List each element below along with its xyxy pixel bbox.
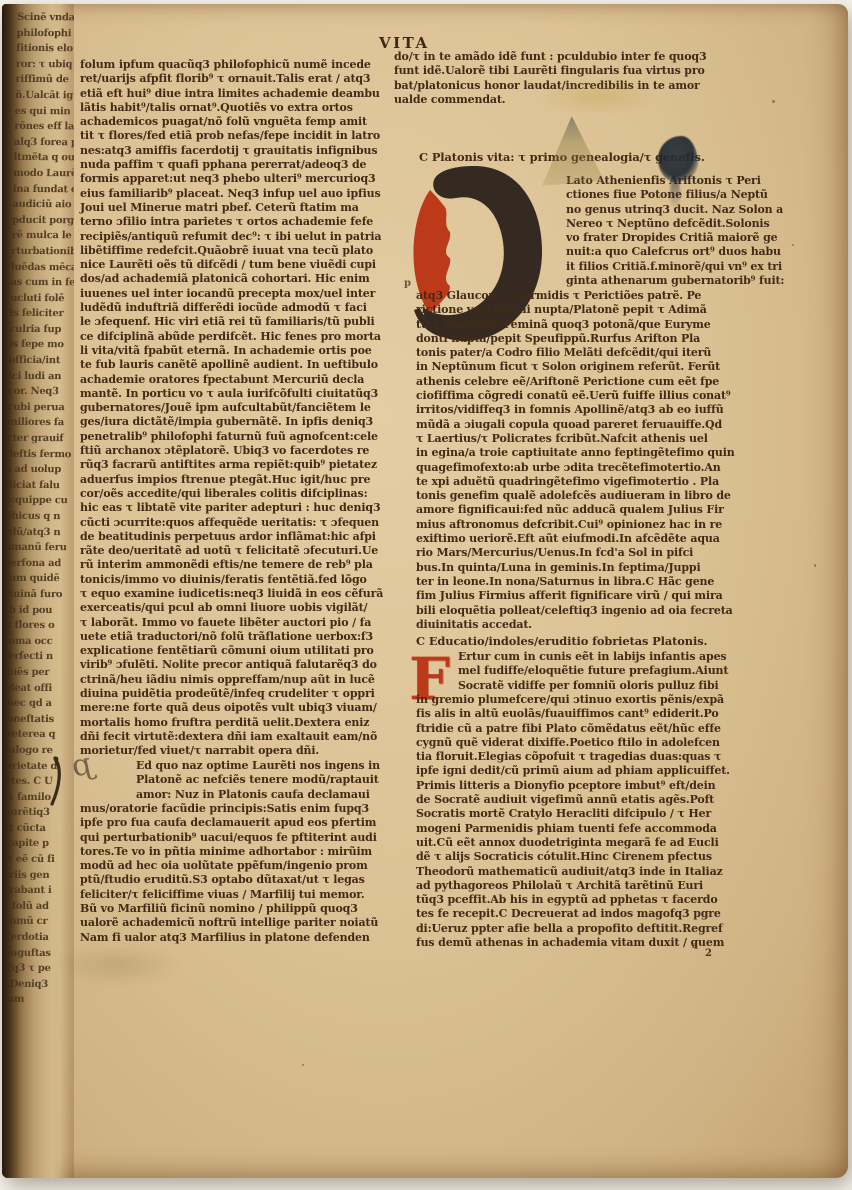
text-beside-initial-f: Ertur cum in cunis eẽt in labijs infanti… (458, 650, 728, 693)
chapter-rubric-education: C Educatio/indoles/eruditio fobrietas Pl… (416, 634, 707, 648)
left-column-text: folum ipfum quacũq3 philofophicũ numẽ in… (80, 58, 383, 759)
spine-edge: Scinẽ vndar philofophi fitionis elo ror:… (2, 4, 74, 1178)
spine-shadow (2, 4, 74, 1178)
ink-blot (658, 136, 698, 182)
signature-number: 2 (705, 948, 712, 959)
left-column-indented-text: Ed quo naz optime Laurẽti nos ingens in … (136, 759, 380, 802)
photo-background: Scinẽ vndar philofophi fitionis elo ror:… (0, 0, 852, 1190)
signature-letter: a (692, 940, 697, 950)
right-column-body-a: atq3 Glauconẽ Charmidis τ Perictiões pat… (416, 289, 735, 632)
yellow-stain (538, 80, 656, 114)
gutter-pen-mark (46, 756, 64, 808)
right-column-body-b: in gremio plumefcere/qui ɔtinuo exortis … (416, 693, 730, 950)
book-page: Scinẽ vndar philofophi fitionis elo ror:… (2, 4, 848, 1178)
ink-streak (670, 176, 680, 210)
left-column-text-continued: mus/oratorie facũdie principis:Satis eni… (80, 802, 378, 945)
faint-offset-smudge (52, 944, 182, 986)
printed-guide-letter: p (404, 278, 411, 289)
